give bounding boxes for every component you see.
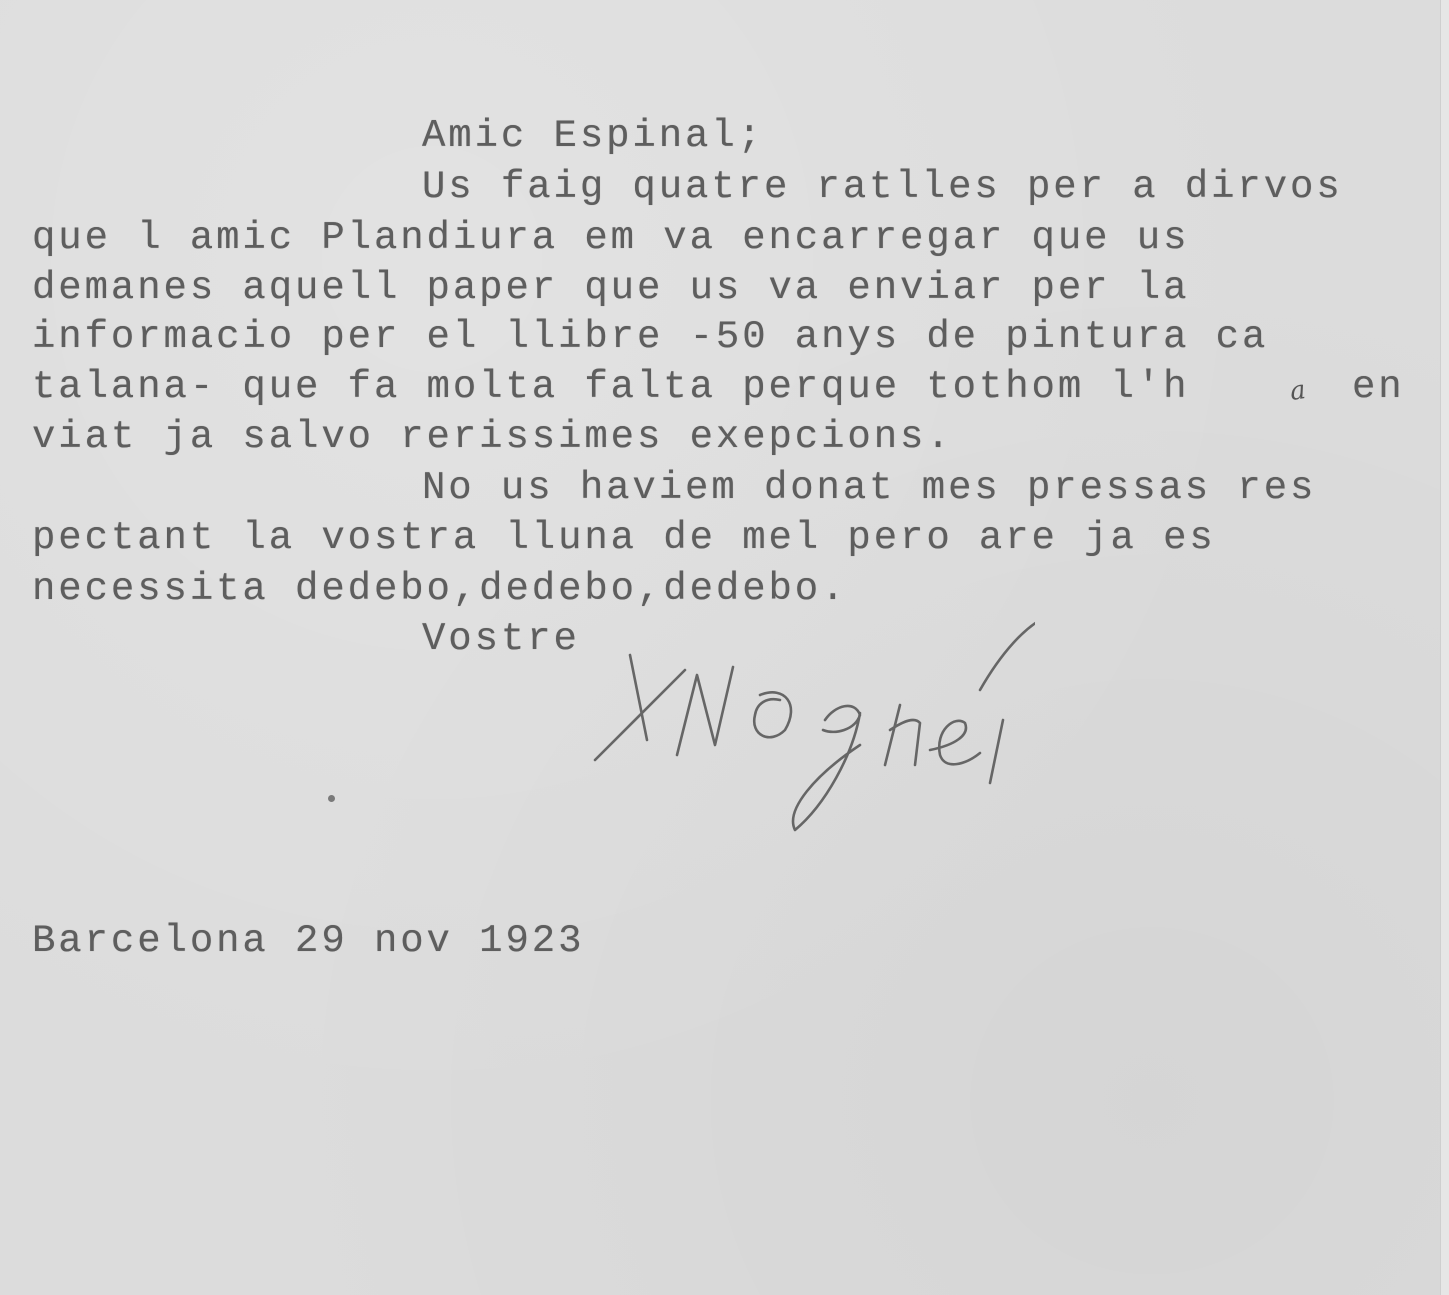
body-line-3: demanes aquell paper que us va enviar pe… xyxy=(32,269,1189,308)
place-date: Barcelona 29 nov 1923 xyxy=(32,922,584,961)
body-line-5-end: en xyxy=(1352,368,1405,407)
body-line-8: pectant la vostra lluna de mel pero are … xyxy=(32,519,1216,558)
body-line-9: necessita dedebo,dedebo,dedebo. xyxy=(32,570,847,609)
body-line-4: informacio per el llibre -50 anys de pin… xyxy=(32,318,1268,357)
closing: Vostre xyxy=(422,620,580,659)
body-line-1: Us faig quatre ratlles per a dirvos xyxy=(422,168,1343,207)
scan-edge xyxy=(1440,0,1449,1295)
paper-speck xyxy=(328,795,335,802)
handwritten-correction: a xyxy=(1288,375,1308,407)
body-line-5: talana- que fa molta falta perque tothom… xyxy=(32,368,1189,407)
body-line-2: que l amic Plandiura em va encarregar qu… xyxy=(32,219,1189,258)
salutation: Amic Espinal; xyxy=(422,117,764,156)
body-line-6: viat ja salvo rerissimes exepcions. xyxy=(32,418,953,457)
letter-paper: Amic Espinal; Us faig quatre ratlles per… xyxy=(0,0,1440,1295)
body-line-7: No us haviem donat mes pressas res xyxy=(422,469,1316,508)
signature xyxy=(585,605,1035,855)
